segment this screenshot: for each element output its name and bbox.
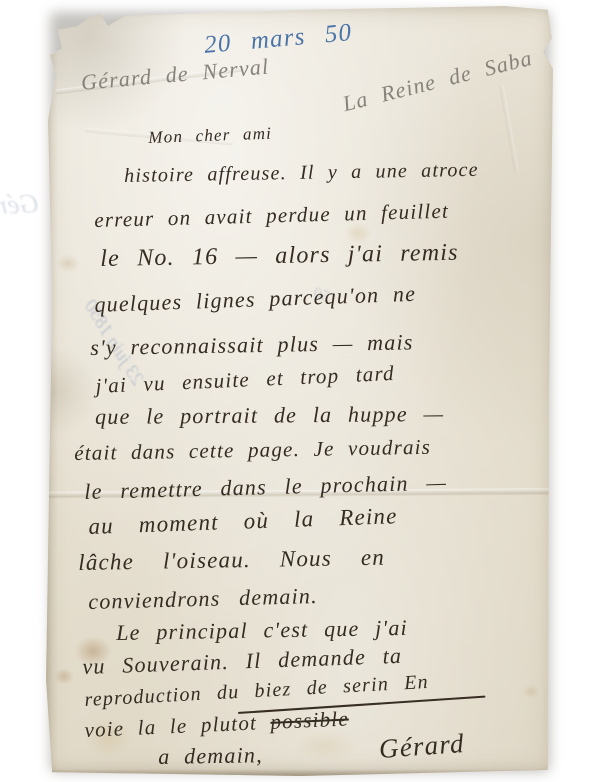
signature: Gérard bbox=[378, 728, 466, 765]
paper-left-edge-shading bbox=[44, 6, 58, 776]
letter-photograph: Gérard de Nerval 23 juin 1850 50 20 mars… bbox=[0, 0, 600, 782]
stain bbox=[522, 684, 540, 699]
letter-line: Le principal c'est que j'ai bbox=[116, 615, 408, 646]
wrinkle-crease bbox=[499, 84, 520, 174]
verso-showthrough-text: Gérard de Nerval bbox=[0, 188, 40, 229]
paper-bottom-edge-shading bbox=[44, 769, 556, 776]
letter-line: lâche l'oiseau. Nous en bbox=[78, 545, 385, 576]
stain bbox=[294, 730, 358, 762]
letter-line: que le portrait de la huppe — bbox=[95, 401, 444, 430]
closing: a demain, bbox=[158, 742, 263, 770]
stain bbox=[56, 254, 80, 273]
stain bbox=[54, 668, 74, 685]
